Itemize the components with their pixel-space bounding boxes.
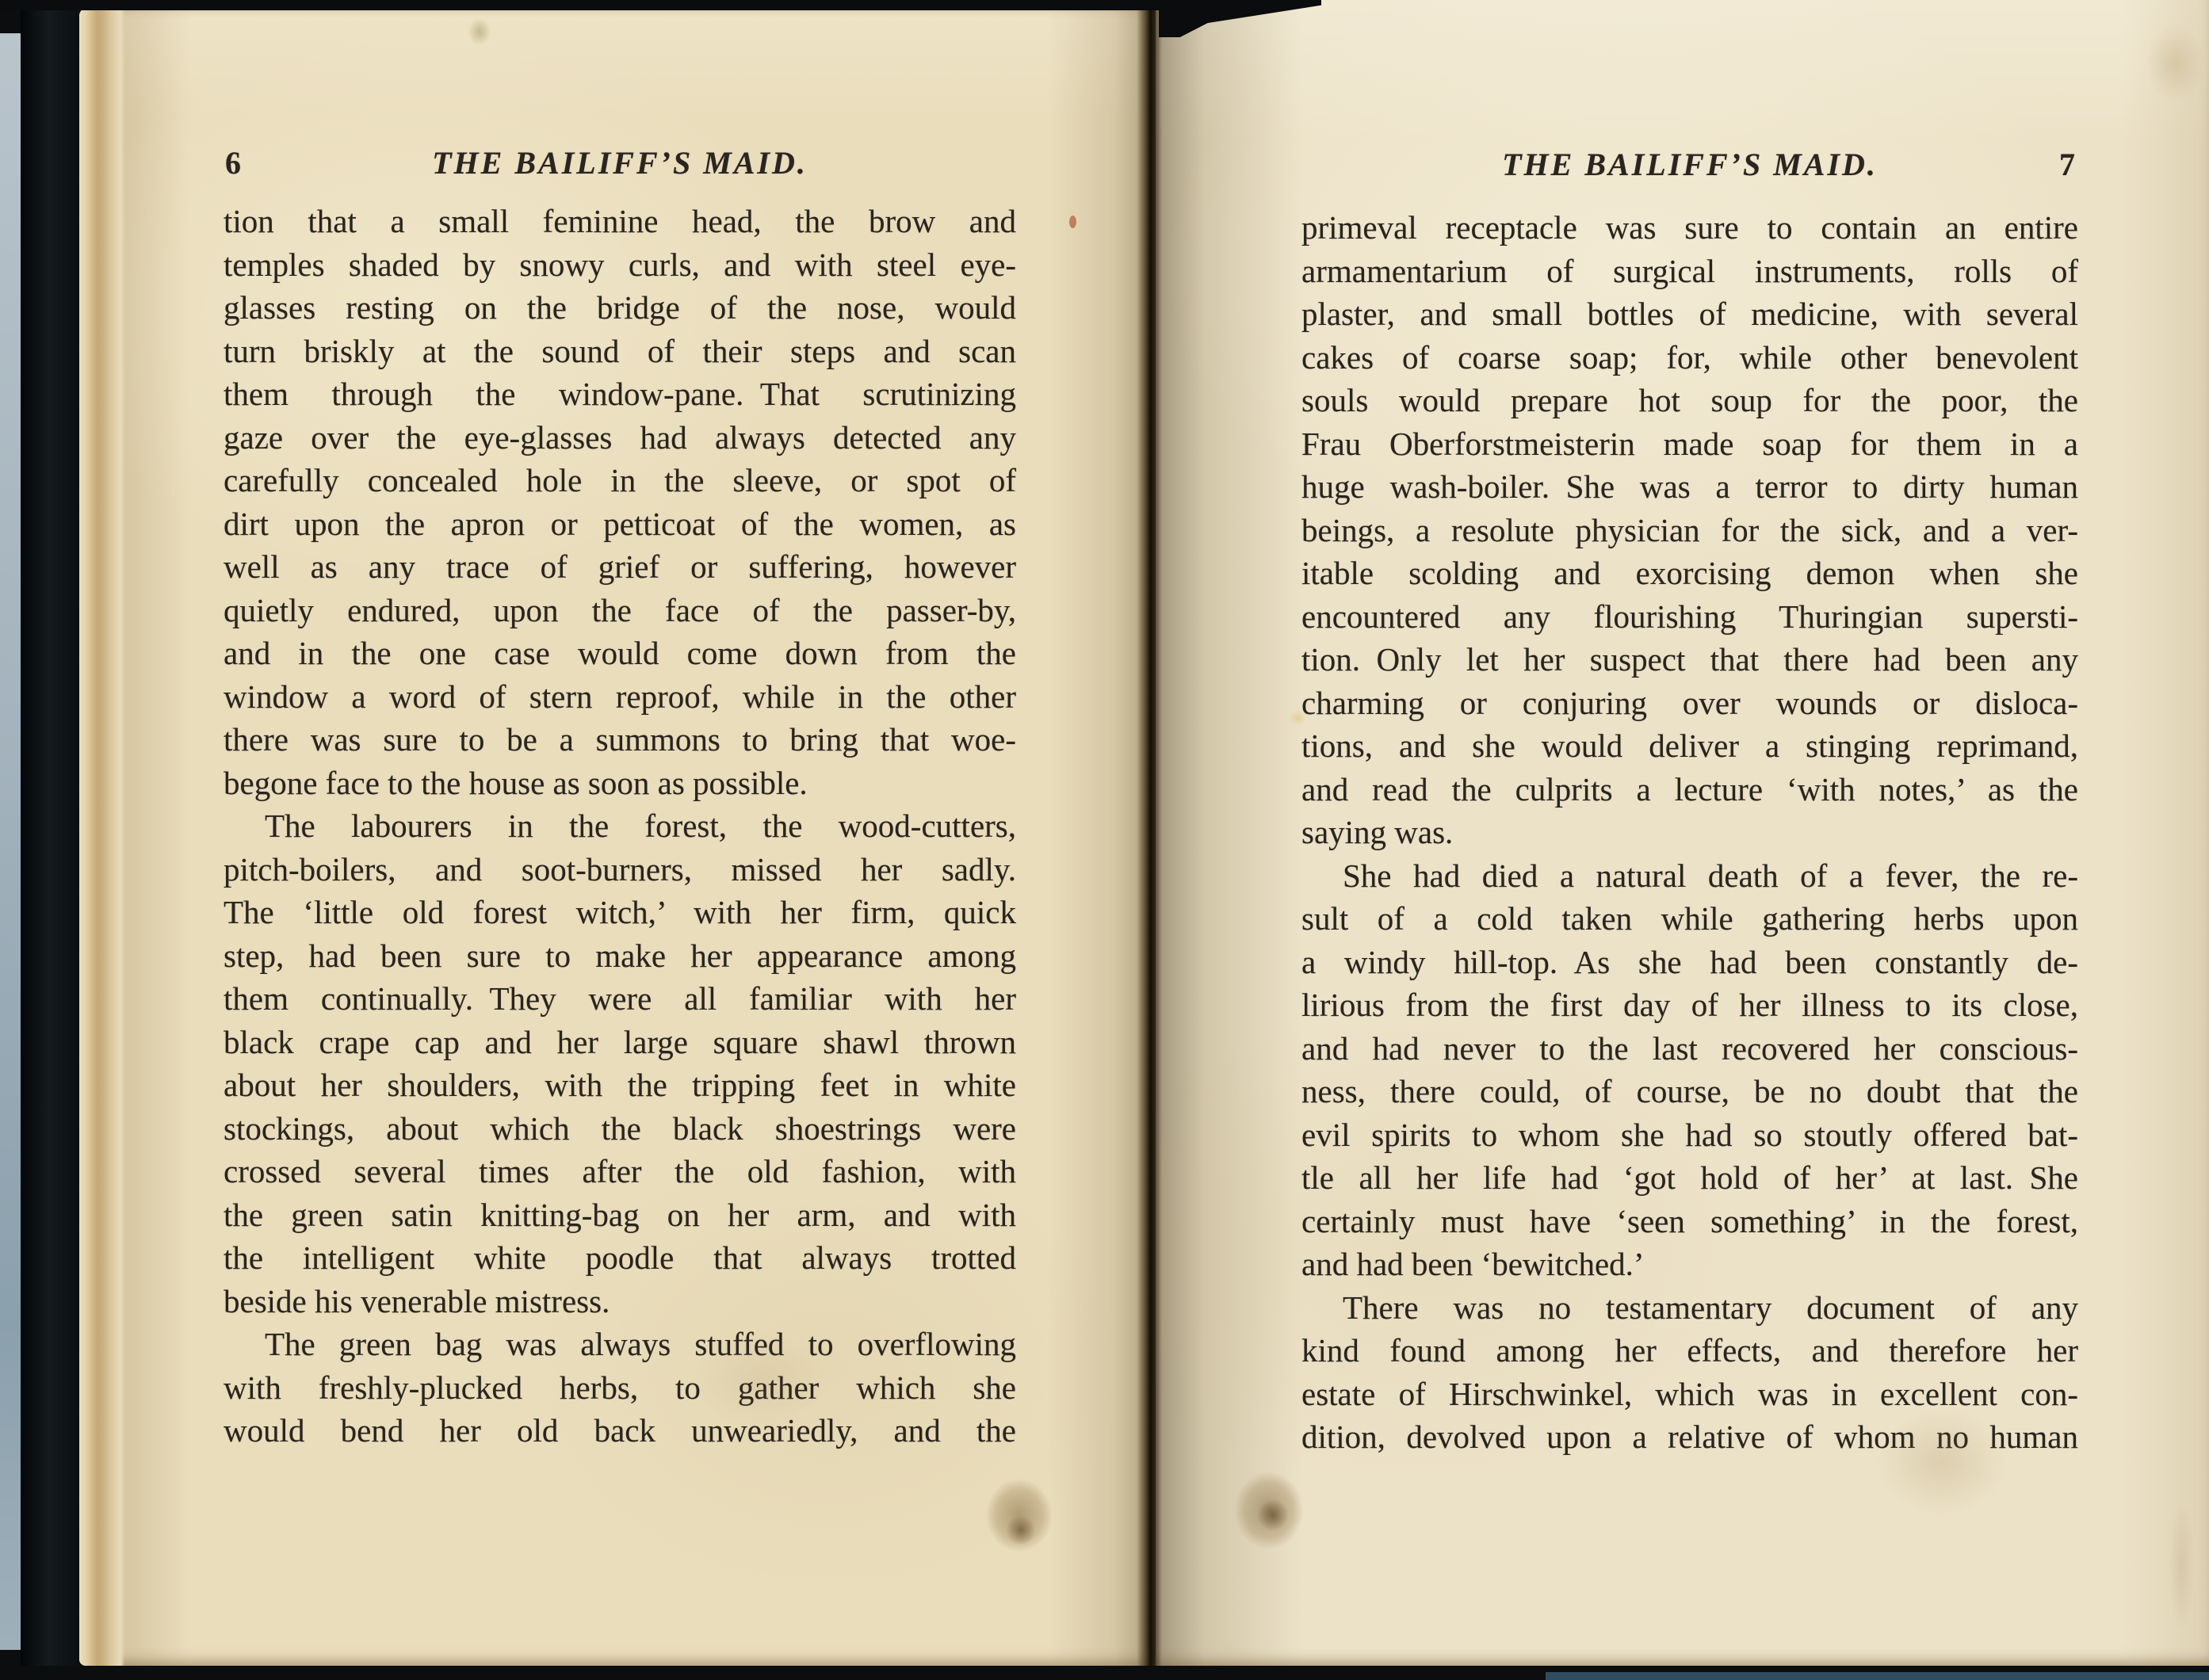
page-left-header: 6 THE BAILIFF’S MAID. [224, 144, 1016, 189]
text-line: about her shoulders, with the tripping f… [224, 1063, 1016, 1107]
text-line: stockings, about which the black shoestr… [224, 1107, 1016, 1151]
gutter-shadow [1137, 0, 1162, 1667]
page-right-header: THE BAILIFF’S MAID. 7 [1301, 146, 2078, 190]
text-line: dition, devolved upon a relative of whom… [1301, 1415, 2078, 1459]
page-right: THE BAILIFF’S MAID. 7 primeval receptacl… [1156, 0, 2209, 1666]
text-line: There was no testamentary document of an… [1301, 1286, 2078, 1330]
text-line: the intelligent white poodle that always… [224, 1236, 1016, 1280]
page-left: 6 THE BAILIFF’S MAID. tion that a small … [79, 8, 1151, 1666]
text-line: tle all her life had ‘got hold of her’ a… [1301, 1156, 2078, 1200]
text-line: primeval receptacle was sure to contain … [1301, 206, 2078, 250]
text-line: a windy hill-top. As she had been consta… [1301, 941, 2078, 984]
text-line: window a word of stern reproof, while in… [224, 675, 1016, 719]
text-line: them through the window-pane. That scrut… [224, 372, 1016, 416]
text-line: certainly must have ‘seen something’ in … [1301, 1200, 2078, 1243]
page-number-left: 6 [225, 144, 241, 181]
page-edge-stack [79, 8, 125, 1666]
text-line: The green bag was always stuffed to over… [224, 1323, 1016, 1366]
top-edge-shadow [0, 0, 1221, 10]
text-line: begone face to the house as soon as poss… [224, 762, 1016, 805]
text-line: and read the culprits a lecture ‘with no… [1301, 768, 2078, 811]
running-title-right: THE BAILIFF’S MAID. [1301, 146, 2078, 183]
text-line: the green satin knitting-bag on her arm,… [224, 1193, 1016, 1237]
text-line: with freshly-plucked herbs, to gather wh… [224, 1366, 1016, 1410]
text-line: beside his venerable mistress. [224, 1280, 1016, 1323]
text-line: tion that a small feminine head, the bro… [224, 200, 1016, 243]
text-line: itable scolding and exorcising demon whe… [1301, 552, 2078, 595]
text-line: carefully concealed hole in the sleeve, … [224, 459, 1016, 502]
text-line: armamentarium of surgical instruments, r… [1301, 250, 2078, 293]
text-line: ness, there could, of course, be no doub… [1301, 1070, 2078, 1113]
text-line: would bend her old back unweariedly, and… [224, 1409, 1016, 1453]
text-line: kind found among her effects, and theref… [1301, 1329, 2078, 1373]
text-line: quietly endured, upon the face of the pa… [224, 589, 1016, 632]
text-line: She had died a natural death of a fever,… [1301, 854, 2078, 898]
text-line: and in the one case would come down from… [224, 632, 1016, 675]
text-line: The labourers in the forest, the wood-cu… [224, 804, 1016, 848]
text-line: them continually. They were all familiar… [224, 977, 1016, 1021]
text-line: pitch-boilers, and soot-burners, missed … [224, 848, 1016, 892]
text-line: plaster, and small bottles of medicine, … [1301, 292, 2078, 336]
text-line: and had never to the last recovered her … [1301, 1027, 2078, 1071]
text-line: Frau Oberforstmeisterin made soap for th… [1301, 422, 2078, 466]
text-line: temples shaded by snowy curls, and with … [224, 243, 1016, 287]
text-line: beings, a resolute physician for the sic… [1301, 509, 2078, 552]
text-line: glasses resting on the bridge of the nos… [224, 286, 1016, 330]
text-line: estate of Hirschwinkel, which was in exc… [1301, 1373, 2078, 1416]
text-line: evil spirits to whom she had so stoutly … [1301, 1113, 2078, 1157]
text-line: The ‘little old forest witch,’ with her … [224, 891, 1016, 934]
page-right-body: primeval receptacle was sure to contain … [1301, 206, 2078, 1459]
book-cover-edge [21, 3, 82, 1674]
text-line: lirious from the first day of her illnes… [1301, 983, 2078, 1027]
book-scan: 6 THE BAILIFF’S MAID. tion that a small … [0, 0, 2209, 1680]
text-line: and had been ‘bewitched.’ [1301, 1243, 2078, 1286]
text-line: there was sure to be a summons to bring … [224, 718, 1016, 762]
text-line: tions, and she would deliver a stinging … [1301, 724, 2078, 768]
text-line: gaze over the eye-glasses had always det… [224, 416, 1016, 460]
text-line: souls would prepare hot soup for the poo… [1301, 379, 2078, 422]
text-line: saying was. [1301, 811, 2078, 854]
scanner-bed-bottom [1546, 1672, 2209, 1680]
text-line: well as any trace of grief or suffering,… [224, 545, 1016, 589]
text-line: tion. Only let her suspect that there ha… [1301, 638, 2078, 682]
text-line: huge wash-boiler. She was a terror to di… [1301, 465, 2078, 509]
running-title-left: THE BAILIFF’S MAID. [224, 144, 1016, 181]
text-line: step, had been sure to make her appearan… [224, 934, 1016, 978]
page-number-right: 7 [2059, 146, 2075, 183]
page-left-body: tion that a small feminine head, the bro… [224, 200, 1016, 1453]
text-line: encountered any flourishing Thuringian s… [1301, 595, 2078, 639]
text-line: turn briskly at the sound of their steps… [224, 330, 1016, 373]
text-line: crossed several times after the old fash… [224, 1150, 1016, 1193]
text-line: sult of a cold taken while gathering her… [1301, 897, 2078, 941]
text-line: cakes of coarse soap; for, while other b… [1301, 336, 2078, 380]
text-line: dirt upon the apron or petticoat of the … [224, 502, 1016, 546]
text-line: charming or conjuring over wounds or dis… [1301, 682, 2078, 725]
text-line: black crape cap and her large square sha… [224, 1021, 1016, 1064]
